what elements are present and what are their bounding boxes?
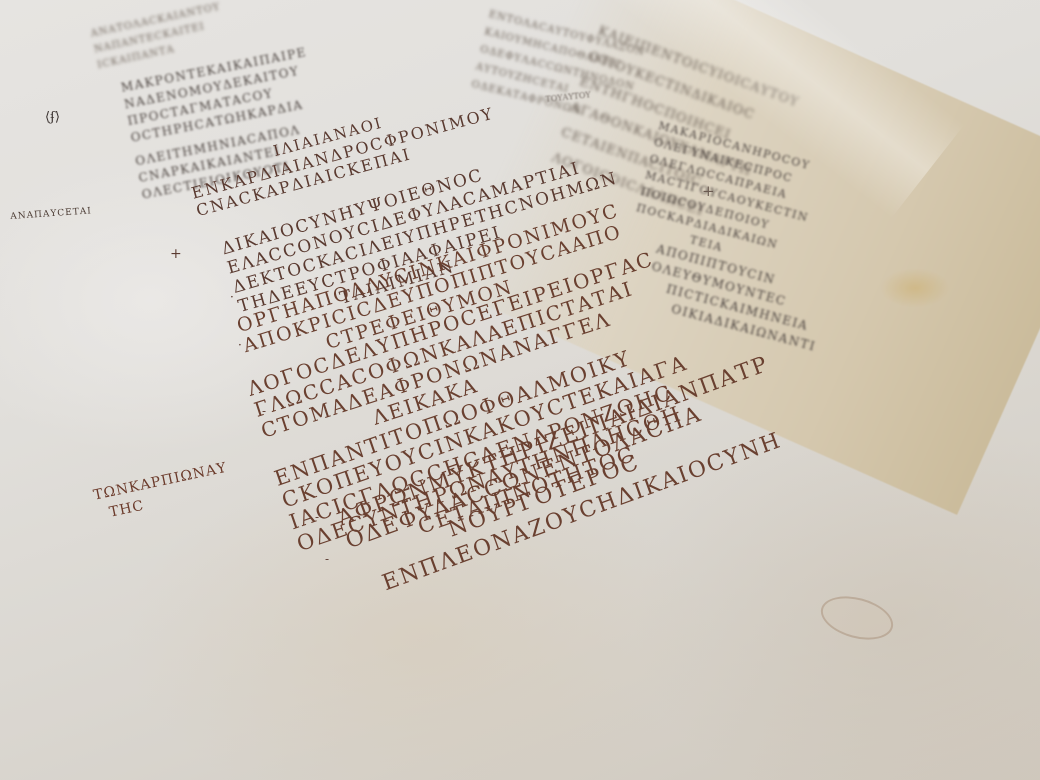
margin-dash: ·	[230, 290, 234, 304]
cross-mark-left: +	[170, 246, 182, 262]
margin-dash: -	[262, 404, 266, 418]
cross-mark-right: +	[702, 182, 715, 200]
margin-dash: ·	[238, 338, 242, 352]
margin-dash: -	[315, 510, 319, 524]
margin-dash: -	[325, 552, 329, 566]
yellow-stain	[880, 268, 950, 308]
margin-symbol: ⟨ʄ⟩	[45, 110, 60, 125]
